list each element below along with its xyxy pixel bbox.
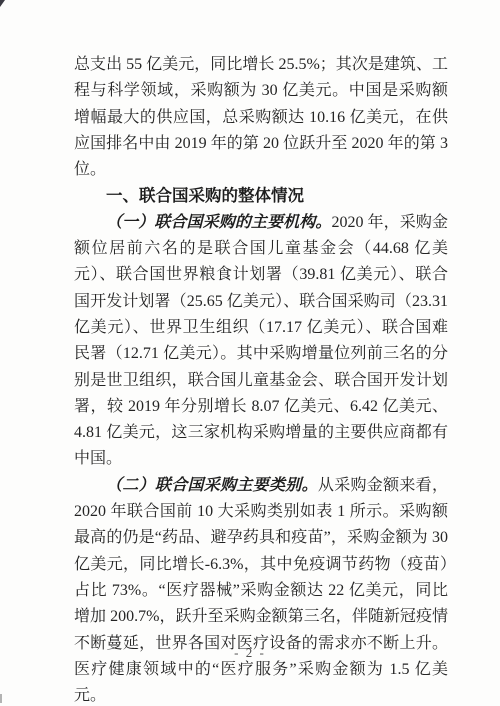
- page-body-text: 总支出 55 亿美元，同比增长 25.5%；其次是建筑、工程与科学领域，采购额为…: [74, 52, 448, 706]
- section-heading: 一、联合国采购的整体情况: [74, 183, 448, 209]
- paragraph-two-lead: （二）联合国采购主要类别。: [106, 477, 318, 494]
- scan-artifact-bottom-left: [0, 694, 2, 703]
- paragraph-intro: 总支出 55 亿美元，同比增长 25.5%；其次是建筑、工程与科学领域，采购额为…: [74, 52, 448, 183]
- paragraph-two: （二）联合国采购主要类别。从采购金额来看，2020 年联合国前 10 大采购类别…: [74, 473, 448, 706]
- paragraph-two-body: 从采购金额来看，2020 年联合国前 10 大采购类别如表 1 所示。采购额最高…: [74, 477, 448, 704]
- page-number: - 2 -: [0, 645, 500, 661]
- paragraph-one: （一）联合国采购的主要机构。2020 年，采购金额位居前六名的是联合国儿童基金会…: [74, 210, 448, 473]
- paragraph-one-lead: （一）联合国采购的主要机构。: [106, 214, 331, 231]
- document-page: 总支出 55 亿美元，同比增长 25.5%；其次是建筑、工程与科学领域，采购额为…: [0, 0, 500, 706]
- scan-artifact-top-left: [0, 0, 5, 7]
- paragraph-one-body: 2020 年，采购金额位居前六名的是联合国儿童基金会（44.68 亿美元）、联合…: [74, 214, 448, 468]
